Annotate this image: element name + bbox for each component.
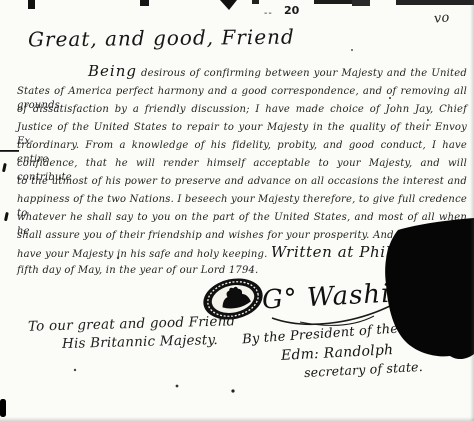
body-line-text: have your Majesty in his safe and holy k… <box>17 249 271 260</box>
page-number: 20 <box>284 4 299 17</box>
corner-annotation: vo <box>433 10 450 27</box>
body-lead-word: Being <box>88 62 137 80</box>
torn-edge-mark <box>140 0 149 6</box>
body-line: traordinary. From a knowledge of his fid… <box>17 139 467 154</box>
torn-edge-mark <box>314 0 358 4</box>
body-line: Being desirous of confirming between you… <box>88 64 467 79</box>
margin-tick <box>4 212 9 221</box>
pencil-dashes: -- <box>264 8 273 19</box>
body-line: confidence, that he will render himself … <box>17 157 467 172</box>
body-line: happiness of the two Nations. I beseech … <box>17 193 467 208</box>
address-line: His Britannic Majesty. <box>62 332 218 352</box>
torn-edge-mark <box>220 0 237 10</box>
torn-edge-mark <box>396 0 474 5</box>
margin-tick <box>2 163 7 172</box>
body-line: States of America perfect harmony and a … <box>17 85 467 100</box>
body-line: to the utmost of his power to preserve a… <box>17 175 467 190</box>
salutation: Great, and good, Friend <box>28 25 295 52</box>
torn-edge-mark <box>352 0 370 6</box>
dateline-script: Written at Philadel <box>271 243 426 261</box>
speck <box>176 385 179 388</box>
speck <box>231 389 234 392</box>
attestation-title: secretary of state. <box>304 359 424 380</box>
body-line: have your Majesty in his safe and holy k… <box>17 245 467 260</box>
body-line: of dissatisfaction by a friendly discuss… <box>17 103 467 118</box>
torn-edge-mark <box>28 0 35 9</box>
scan-edge-shadow <box>0 417 474 421</box>
speck <box>74 369 76 371</box>
attestation-line: By the President of the Uni <box>242 320 427 348</box>
speck <box>351 49 353 51</box>
body-line: shall assure you of their friendship and… <box>17 229 467 244</box>
scan-edge-shadow <box>470 0 474 421</box>
document-scan: -- 20 vo Great, and good, Friend Being d… <box>0 0 474 421</box>
body-line: Justice of the United States to repair t… <box>17 121 467 136</box>
torn-edge-mark <box>252 0 259 4</box>
washington-signature: G° Washington <box>261 275 472 316</box>
margin-blot <box>0 399 6 417</box>
body-line: whatever he shall say to you on the part… <box>17 211 467 226</box>
body-line-text: desirous of confirming between your Maje… <box>137 68 467 79</box>
